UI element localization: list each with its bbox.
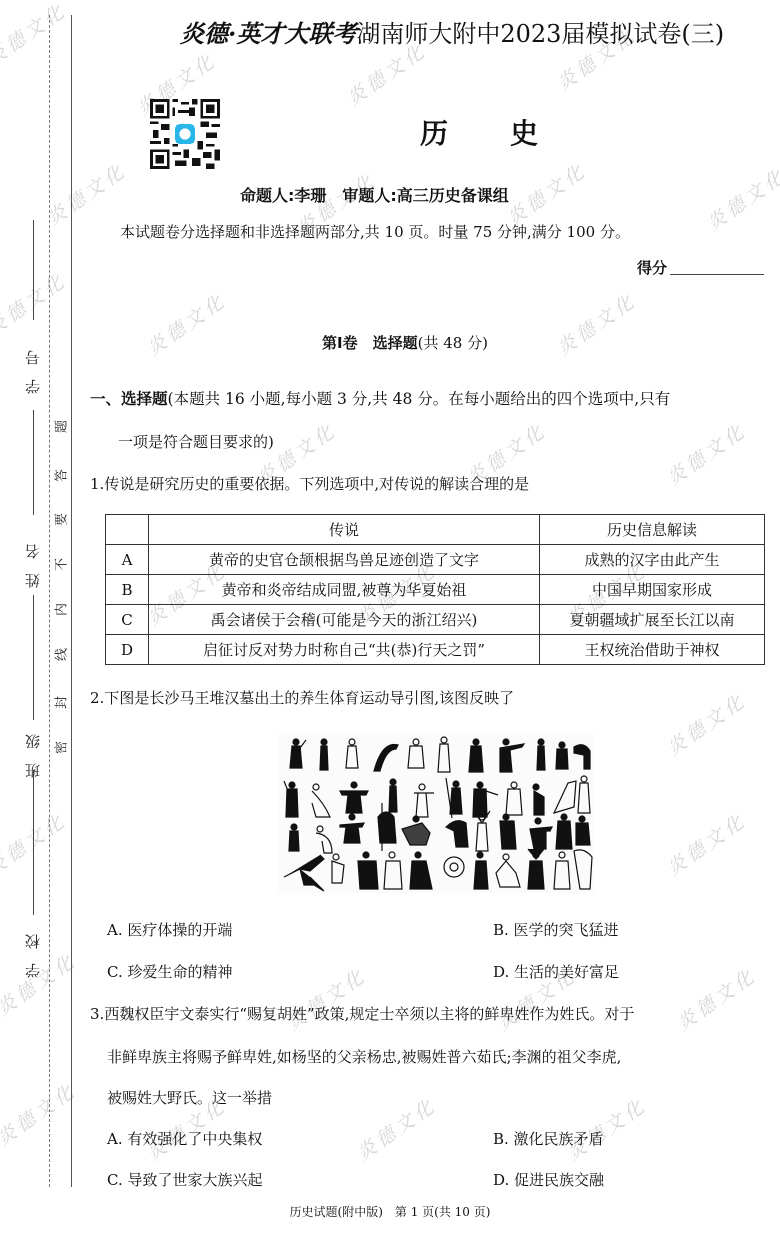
interpretation-cell: 王权统治借助于神权 — [540, 635, 765, 665]
score-field[interactable] — [670, 274, 764, 275]
section-title-suffix: (共 48 分) — [418, 334, 488, 352]
table-header-cell — [106, 515, 149, 545]
question-3-stem-line3: 被赐姓大野氏。这一举措 — [107, 1087, 272, 1108]
option-letter: A — [106, 545, 149, 575]
table-header-cell: 历史信息解读 — [540, 515, 765, 545]
seal-text-char: 答 — [51, 469, 70, 483]
section-title: 第Ⅰ卷 选择题(共 48 分) — [322, 332, 488, 353]
part-desc-line1: (本题共 16 小题,每小题 3 分,共 48 分。在每小题给出的四个选项中,只… — [168, 390, 671, 408]
watermark: 炎德文化 — [661, 416, 752, 491]
table-header-row: 传说 历史信息解读 — [106, 515, 765, 545]
exam-title: 炎德·英才大联考湖南师大附中2023届模拟试卷(三) — [180, 14, 680, 49]
qr-code-icon — [150, 99, 220, 169]
watermark: 炎德文化 — [0, 0, 71, 71]
question-3-stem-line2: 非鲜卑族主将赐予鲜卑姓,如杨坚的父亲杨忠,被赐姓普六茹氏;李渊的祖父李虎, — [107, 1046, 621, 1067]
question-number: 3. — [90, 1005, 104, 1023]
seal-text-char: 密 — [51, 741, 70, 755]
legend-cell: 启征讨反对势力时称自己“共(恭)行天之罚” — [149, 635, 540, 665]
seal-text-char: 要 — [51, 513, 70, 527]
question-text: 传说是研究历史的重要依据。下列选项中,对传说的解读合理的是 — [104, 475, 529, 493]
student-id-field-line[interactable] — [33, 220, 34, 320]
legend-cell: 黄帝和炎帝结成同盟,被尊为华夏始祖 — [149, 575, 540, 605]
option-letter: B — [106, 575, 149, 605]
table-row: A 黄帝的史官仓颉根据鸟兽足迹创造了文字 成熟的汉字由此产生 — [106, 545, 765, 575]
watermark: 炎德文化 — [701, 161, 780, 236]
question-2-stem: 2.下图是长沙马王堆汉墓出土的养生体育运动导引图,该图反映了 — [90, 687, 514, 708]
question-1-table: 传说 历史信息解读 A 黄帝的史官仓颉根据鸟兽足迹创造了文字 成熟的汉字由此产生… — [105, 514, 765, 665]
table-row: D 启征讨反对势力时称自己“共(恭)行天之罚” 王权统治借助于神权 — [106, 635, 765, 665]
margin-solid-line — [71, 15, 72, 1187]
question-number: 1. — [90, 475, 104, 493]
q2-option-a[interactable]: A. 医疗体操的开端 — [107, 919, 232, 940]
seal-dashed-line — [49, 15, 50, 1187]
watermark: 炎德文化 — [671, 961, 762, 1036]
question-1-stem: 1.传说是研究历史的重要依据。下列选项中,对传说的解读合理的是 — [90, 473, 529, 494]
watermark: 炎德文化 — [141, 286, 232, 361]
interpretation-cell: 夏朝疆域扩展至长江以南 — [540, 605, 765, 635]
table-row: C 禹会诸侯于会稽(可能是今天的浙江绍兴) 夏朝疆域扩展至长江以南 — [106, 605, 765, 635]
legend-cell: 黄帝的史官仓颉根据鸟兽足迹创造了文字 — [149, 545, 540, 575]
watermark: 炎德文化 — [551, 286, 642, 361]
exam-title-rest: 湖南师大附中2023届模拟试卷(三) — [356, 20, 724, 48]
legend-cell: 禹会诸侯于会稽(可能是今天的浙江绍兴) — [149, 605, 540, 635]
watermark: 炎德文化 — [0, 266, 71, 341]
option-letter: D — [106, 635, 149, 665]
subject-title: 历 史 — [420, 112, 540, 152]
watermark: 炎德文化 — [661, 806, 752, 881]
school-label: 学校 — [22, 920, 43, 978]
watermark: 炎德文化 — [661, 686, 752, 761]
part-desc-line2: 一项是符合题目要求的) — [118, 431, 274, 452]
q2-option-b[interactable]: B. 医学的突飞猛进 — [493, 919, 619, 940]
school-field-line[interactable] — [33, 770, 34, 915]
q2-option-c[interactable]: C. 珍爱生命的精神 — [107, 961, 232, 982]
question-text: 西魏权臣宇文泰实行“赐复胡姓”政策,规定士卒须以主将的鲜卑姓作为姓氏。对于 — [104, 1005, 634, 1023]
name-label: 姓名 — [22, 530, 43, 588]
seal-text-char: 线 — [51, 648, 70, 662]
table-header-cell: 传说 — [149, 515, 540, 545]
question-text: 下图是长沙马王堆汉墓出土的养生体育运动导引图,该图反映了 — [104, 689, 514, 707]
exam-brand: 炎德·英才大联考 — [180, 19, 356, 48]
q3-option-a[interactable]: A. 有效强化了中央集权 — [107, 1128, 262, 1149]
page-footer: 历史试题(附中版) 第 1 页(共 10 页) — [0, 1203, 780, 1220]
seal-text-char: 不 — [51, 558, 70, 572]
authors-line: 命题人:李珊 审题人:高三历史备课组 — [240, 183, 509, 206]
option-letter: C — [106, 605, 149, 635]
seal-text-char: 封 — [51, 696, 70, 710]
watermark: 炎德文化 — [0, 806, 71, 881]
watermark: 炎德文化 — [351, 1091, 442, 1166]
seal-text-char: 题 — [51, 420, 70, 434]
table-row: B 黄帝和炎帝结成同盟,被尊为华夏始祖 中国早期国家形成 — [106, 575, 765, 605]
q3-option-c[interactable]: C. 导致了世家大族兴起 — [107, 1169, 262, 1190]
part-description: 一、选择题(本题共 16 小题,每小题 3 分,共 48 分。在每小题给出的四个… — [90, 387, 670, 409]
daoyin-figure-image — [278, 733, 594, 893]
interpretation-cell: 成熟的汉字由此产生 — [540, 545, 765, 575]
question-number: 2. — [90, 689, 104, 707]
watermark: 炎德文化 — [501, 156, 592, 231]
q2-option-d[interactable]: D. 生活的美好富足 — [493, 961, 619, 982]
q3-option-d[interactable]: D. 促进民族交融 — [493, 1169, 604, 1190]
watermark: 炎德文化 — [41, 156, 132, 231]
student-id-label: 学号 — [22, 336, 43, 394]
interpretation-cell: 中国早期国家形成 — [540, 575, 765, 605]
exam-intro: 本试题卷分选择题和非选择题两部分,共 10 页。时量 75 分钟,满分 100 … — [120, 221, 630, 242]
q3-option-b[interactable]: B. 激化民族矛盾 — [493, 1128, 604, 1149]
score-label: 得分 — [637, 257, 667, 278]
seal-text-char: 内 — [51, 603, 70, 617]
watermark: 炎德文化 — [0, 1076, 81, 1151]
class-field-line[interactable] — [33, 595, 34, 720]
watermark: 炎德文化 — [281, 961, 372, 1036]
section-title-main: 第Ⅰ卷 选择题 — [322, 334, 418, 352]
part-label: 一、选择题 — [90, 390, 168, 408]
name-field-line[interactable] — [33, 410, 34, 515]
question-3-stem: 3.西魏权臣宇文泰实行“赐复胡姓”政策,规定士卒须以主将的鲜卑姓作为姓氏。对于 — [90, 1003, 634, 1024]
